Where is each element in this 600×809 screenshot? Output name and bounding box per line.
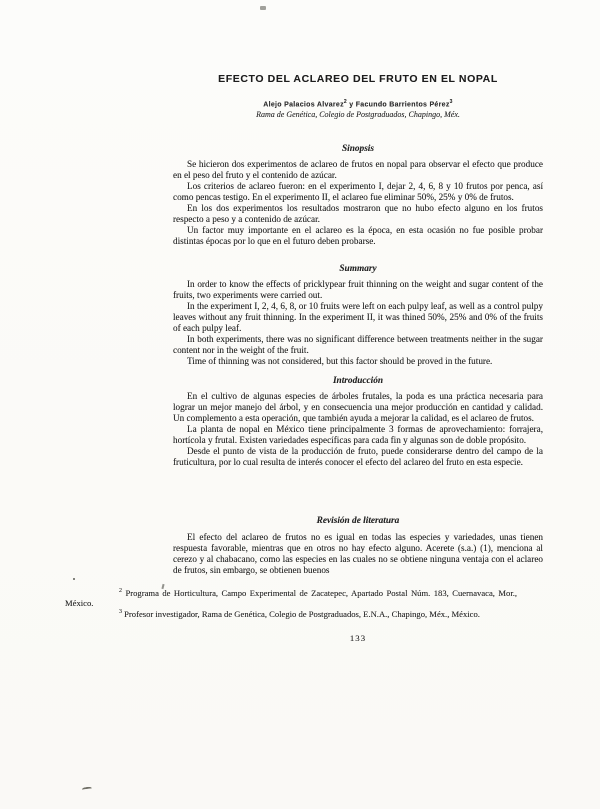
- section-body-revision-de-literatura: El efecto del aclareo de frutos no es ig…: [173, 532, 543, 576]
- scan-artifact-left-dot: [73, 578, 75, 580]
- sinopsis-paragraph-2: Los criterios de aclareo fueron: en el e…: [173, 181, 543, 203]
- section-body-introduccion: En el cultivo de algunas especies de árb…: [173, 391, 543, 468]
- scanned-paper-page: EFECTO DEL ACLAREO DEL FRUTO EN EL NOPAL…: [0, 0, 600, 809]
- footnotes-block: 2 Programa de Horticultura, Campo Experi…: [65, 587, 517, 620]
- section-body-sinopsis: Se hicieron dos experimentos de aclareo …: [173, 159, 543, 247]
- footnote-2: 2 Programa de Horticultura, Campo Experi…: [65, 587, 517, 608]
- author-1-footnote-ref: 2: [344, 99, 347, 105]
- section-body-summary: In order to know the effects of pricklyp…: [173, 279, 543, 367]
- affiliation-line: Rama de Genética, Colegio de Postgraduad…: [173, 110, 543, 119]
- section-heading-revision-de-literatura: Revisión de literatura: [173, 516, 543, 526]
- introduccion-paragraph-3: Desde el punto de vista de la producción…: [173, 446, 543, 468]
- summary-paragraph-2: In the experiment I, 2, 4, 6, 8, or 10 f…: [173, 301, 543, 334]
- scan-artifact-bottom-squiggle: [82, 786, 93, 792]
- sinopsis-paragraph-4: Un factor muy importante en el aclareo e…: [173, 225, 543, 247]
- section-heading-summary: Summary: [173, 264, 543, 274]
- summary-paragraph-3: In both experiments, there was no signif…: [173, 334, 543, 356]
- author-1-name: Alejo Palacios Alvarez: [263, 101, 344, 108]
- footnote-3: 3 Profesor investigador, Rama de Genétic…: [65, 608, 517, 620]
- revision-paragraph-1: El efecto del aclareo de frutos no es ig…: [173, 532, 543, 576]
- footnote-3-text: Profesor investigador, Rama de Genética,…: [124, 609, 480, 619]
- author-2-footnote-ref: 3: [450, 99, 453, 105]
- footnote-3-marker: 3: [119, 609, 122, 615]
- authors-line: Alejo Palacios Alvarez2 y Facundo Barrie…: [173, 99, 543, 108]
- introduccion-paragraph-2: La planta de nopal en México tiene princ…: [173, 424, 543, 446]
- section-heading-introduccion: Introducción: [173, 376, 543, 386]
- footnote-2-marker: 2: [119, 588, 122, 594]
- summary-paragraph-4: Time of thinning was not considered, but…: [173, 356, 543, 367]
- authors-separator: y: [349, 101, 353, 108]
- footnote-2-text: Programa de Horticultura, Campo Experime…: [65, 588, 517, 608]
- paper-title: EFECTO DEL ACLAREO DEL FRUTO EN EL NOPAL: [173, 73, 543, 85]
- author-2-name: Facundo Barrientos Pérez: [356, 101, 450, 108]
- introduccion-paragraph-1: En el cultivo de algunas especies de árb…: [173, 391, 543, 424]
- sinopsis-paragraph-1: Se hicieron dos experimentos de aclareo …: [173, 159, 543, 181]
- summary-paragraph-1: In order to know the effects of pricklyp…: [173, 279, 543, 301]
- scan-artifact-top-speck: [260, 6, 266, 10]
- section-heading-sinopsis: Sinopsis: [173, 144, 543, 154]
- sinopsis-paragraph-3: En los dos experimentos los resultados m…: [173, 203, 543, 225]
- page-number: 133: [173, 633, 543, 643]
